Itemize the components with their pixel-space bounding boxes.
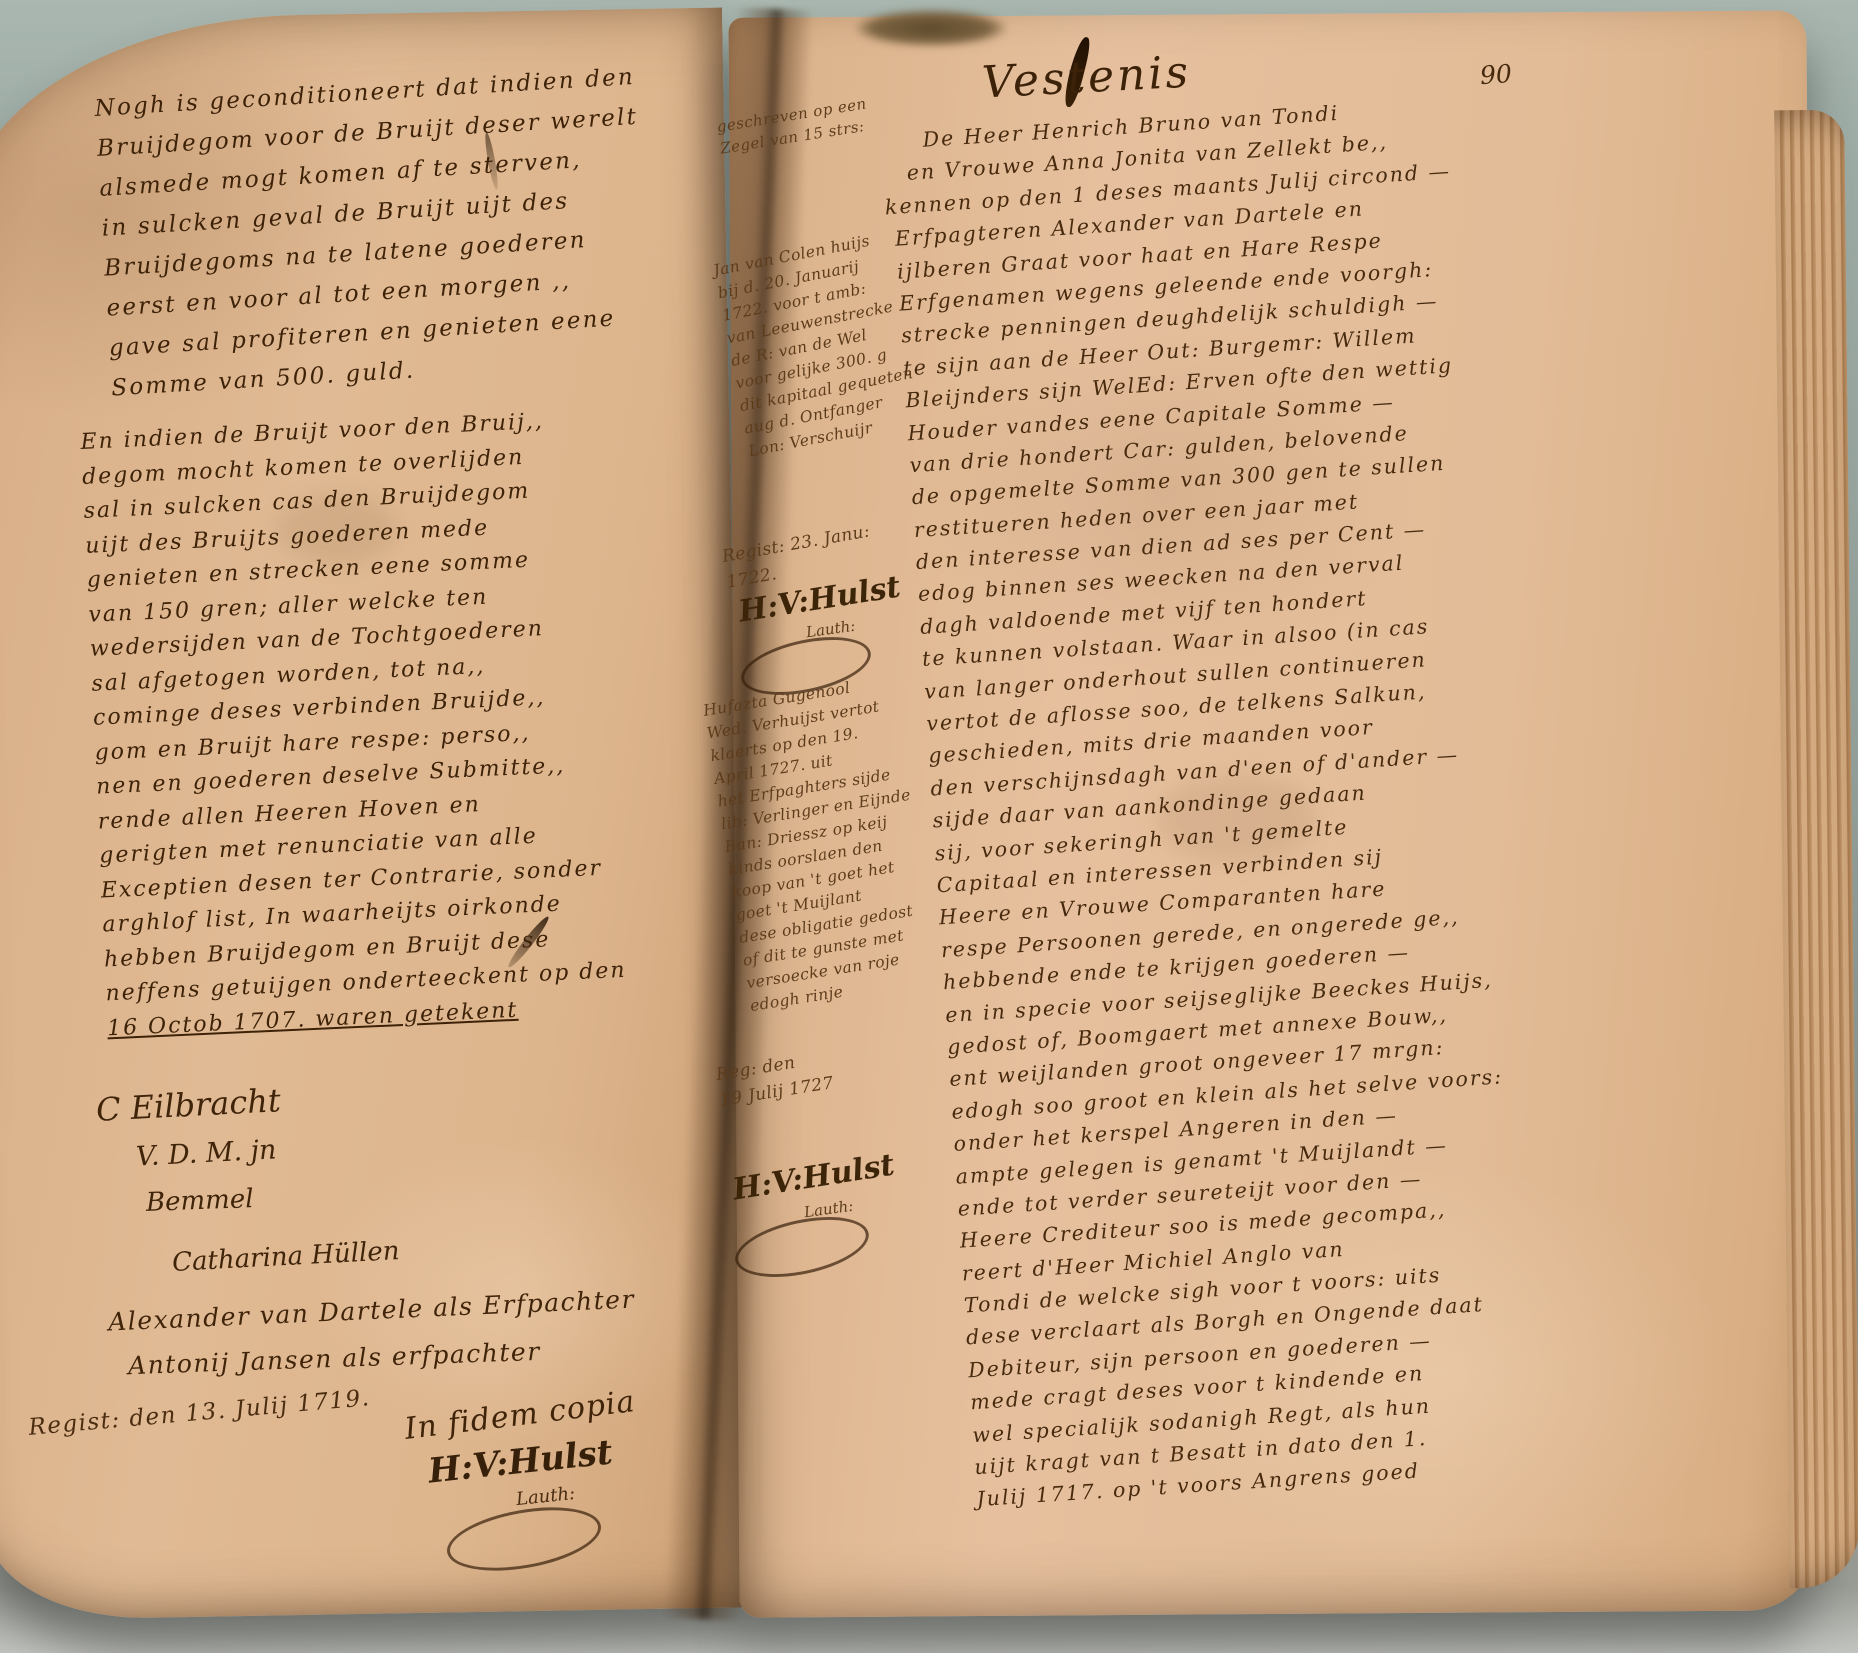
book-headband: [856, 10, 1006, 46]
open-book: Nogh is geconditioneert dat indien denBr…: [0, 14, 1858, 1614]
page-number: 90: [1479, 59, 1513, 90]
left-page-paragraph-2: En indien de Bruijt voor den Bruij,,dego…: [80, 402, 728, 1050]
page-edge-stack: [1774, 110, 1858, 1589]
left-page-paragraph-1: Nogh is geconditioneert dat indien denBr…: [94, 60, 722, 416]
signature-witness-place: Bemmel: [146, 1184, 254, 1218]
manuscript-photo: { "photo": { "backdrop_color": "#94a09a"…: [0, 0, 1858, 1653]
entry-heading: Vestenis: [981, 47, 1192, 109]
right-page-body: De Heer Henrich Bruno van Tondien Vrouwe…: [888, 85, 1676, 1520]
